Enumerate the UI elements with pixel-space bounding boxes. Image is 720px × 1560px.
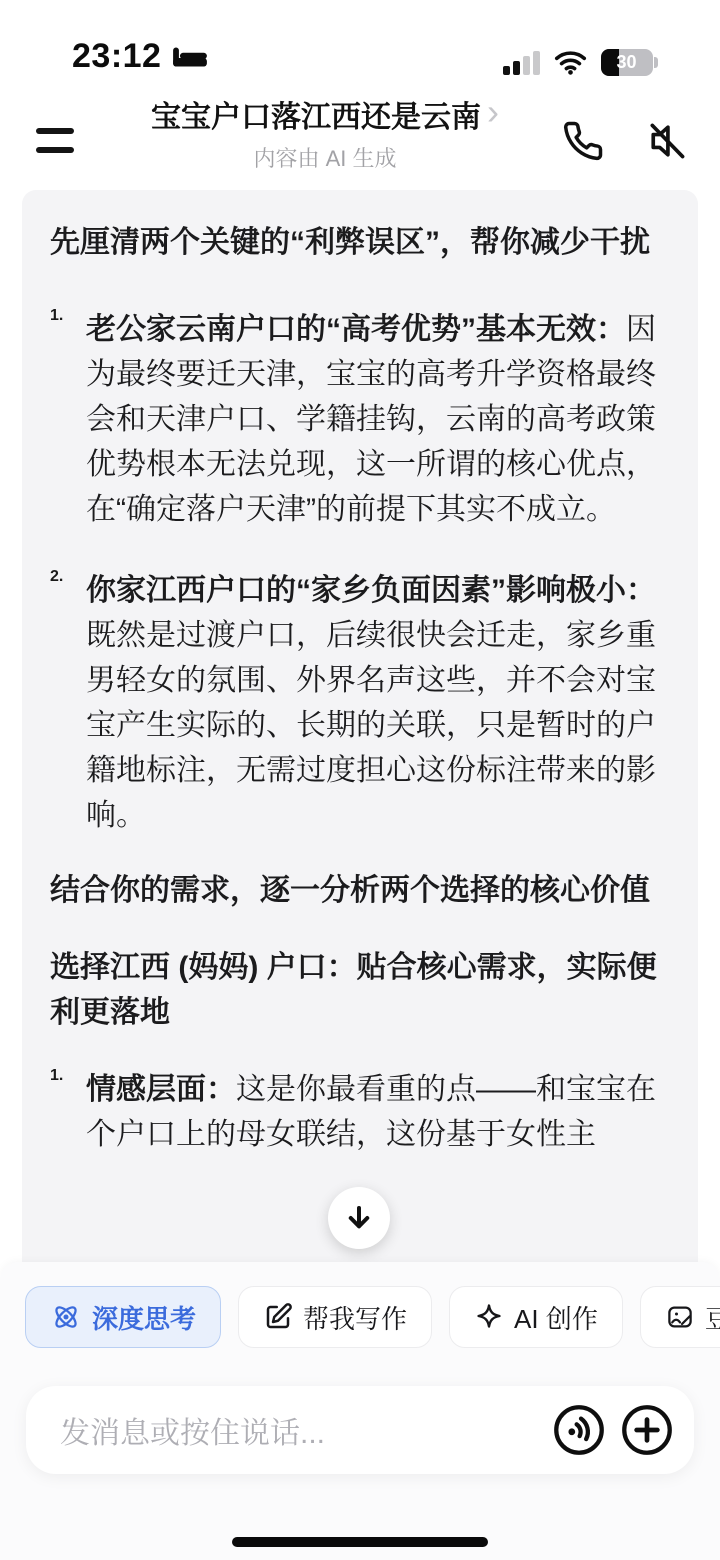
speaker-muted-icon [645,119,689,163]
wifi-icon [554,50,587,75]
chat-header: 宝宝户口落江西还是云南 › 内容由 AI 生成 [0,90,720,190]
list-item-title: 情感层面： [86,1073,236,1106]
home-indicator[interactable] [232,1537,488,1547]
section-heading: 结合你的需求，逐一分析两个选择的核心价值 [50,868,670,913]
chat-title: 宝宝户口落江西还是云南 [151,92,481,136]
attachment-plus-button[interactable] [620,1403,674,1457]
clock: 23:12 [72,37,161,76]
section-heading: 先厘清两个关键的“利弊误区”，帮你减少干扰 [50,220,670,265]
feature-chips-row: 深度思考 帮我写作 AI 创作 [25,1286,720,1348]
message-input[interactable]: 发消息或按住说话... [26,1386,694,1474]
list-item: 2. 你家江西户口的“家乡负面因素”影响极小：既然是过渡户口，后续很快会迁走，家… [50,568,670,838]
cellular-signal-icon [503,51,540,75]
input-placeholder: 发消息或按住说话... [26,1408,552,1452]
list-item-title: 你家江西户口的“家乡负面因素”影响极小： [86,574,656,607]
plus-icon [620,1403,674,1457]
ai-message-card: 先厘清两个关键的“利弊误区”，帮你减少干扰 1. 老公家云南户口的“高考优势”基… [22,190,698,1262]
chip-help-me-write[interactable]: 帮我写作 [238,1286,432,1348]
list-item-title: 老公家云南户口的“高考优势”基本无效： [86,313,626,346]
battery-icon: 30 [601,49,659,76]
mute-toggle-button[interactable] [644,118,690,164]
voice-mode-button[interactable] [552,1403,606,1457]
list-item: 1. 情感层面：这是你最看重的点——和宝宝在个户口上的母女联结，这份基于女性主 [50,1067,670,1157]
list-item-text: 既然是过渡户口，后续很快会迁走，家乡重男轻女的氛围、外界名声这些，并不会对宝宝产… [86,619,656,832]
edit-icon [263,1302,293,1332]
chip-doubao-photo-edit[interactable]: 豆包 P [640,1286,720,1348]
chip-ai-create[interactable]: AI 创作 [449,1286,623,1348]
bed-focus-icon [171,44,209,70]
atom-icon [50,1301,82,1333]
chat-title-block[interactable]: 宝宝户口落江西还是云南 › 内容由 AI 生成 [110,92,540,173]
sparkle-icon [474,1302,504,1332]
menu-button[interactable] [36,120,76,160]
voice-wave-icon [552,1403,606,1457]
ai-generated-notice: 内容由 AI 生成 [110,142,540,173]
chip-deep-thinking[interactable]: 深度思考 [25,1286,221,1348]
list-item: 1. 老公家云南户口的“高考优势”基本无效：因为最终要迁天津，宝宝的高考升学资格… [50,307,670,532]
arrow-down-icon [343,1202,375,1234]
phone-icon [562,120,604,162]
voice-call-button[interactable] [560,118,606,164]
chevron-right-icon: › [487,97,499,127]
app-screen: 23:12 [0,0,720,1560]
battery-percent: 30 [601,49,653,76]
scroll-to-bottom-button[interactable] [328,1187,390,1249]
section-heading: 选择江西 (妈妈) 户口：贴合核心需求，实际便利更落地 [50,945,670,1035]
status-bar: 23:12 [0,0,720,90]
image-edit-icon [665,1302,695,1332]
composer-sheet: 深度思考 帮我写作 AI 创作 [0,1262,720,1560]
